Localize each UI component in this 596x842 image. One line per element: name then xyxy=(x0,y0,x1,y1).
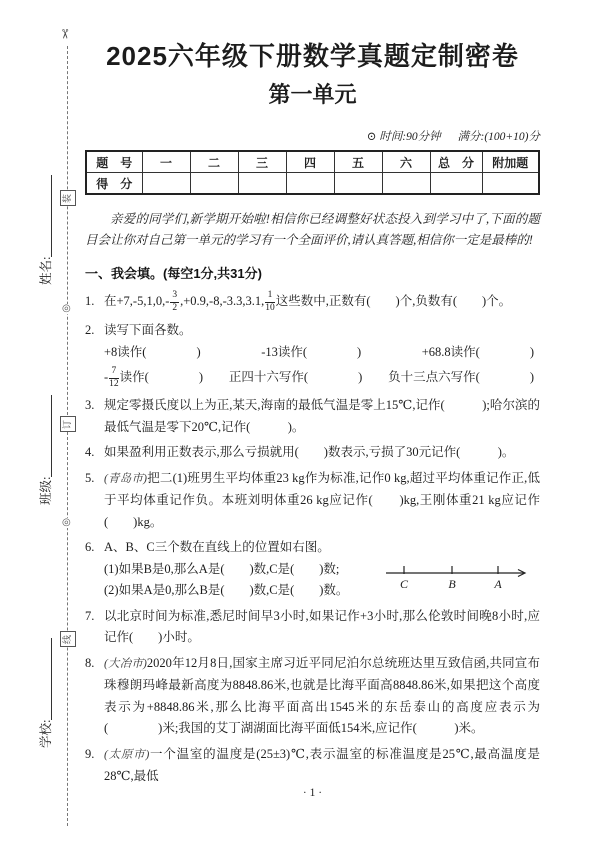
question-number: 3. xyxy=(85,395,94,417)
question-number: 4. xyxy=(85,442,94,464)
score-header-cell: 附加题 xyxy=(482,151,539,173)
score-table-header-row: 题 号 一 二 三 四 五 六 总 分 附加题 xyxy=(86,151,539,173)
question-number: 1. xyxy=(85,286,94,316)
question-text: 一个温室的温度是(25±3)℃,表示温室的标准温度是25℃,最高温度是28℃,最… xyxy=(104,747,540,784)
class-label: 班级: xyxy=(36,477,54,505)
score-cell xyxy=(482,173,539,195)
score-cell xyxy=(430,173,482,195)
number-line-diagram: C B A xyxy=(384,561,534,597)
blank-item: 正四十六写作( ) xyxy=(229,363,362,391)
binding-mark-label: 线 xyxy=(63,634,72,643)
page-number: · 1 · xyxy=(85,787,540,799)
score-table: 题 号 一 二 三 四 五 六 总 分 附加题 得 分 xyxy=(85,150,540,195)
student-class-field: 班级: xyxy=(35,345,55,505)
score-cell xyxy=(334,173,382,195)
binding-mark-ding: 订 xyxy=(60,416,76,432)
binding-mark-label: 订 xyxy=(63,419,72,428)
question-text: A、B、C三个数在直线上的位置如右图。 xyxy=(104,537,540,559)
scissors-icon: ✂ xyxy=(56,29,72,40)
question-1: 1. 在+7,-5,1,0,-32,+0.9,-8,-3.3,3.1,110这些… xyxy=(85,286,540,316)
score-cell xyxy=(382,173,430,195)
fraction-denominator: 10 xyxy=(265,303,275,314)
page-subtitle: 第一单元 xyxy=(85,82,540,108)
school-label: 学校: xyxy=(36,720,54,748)
score-header-cell: 二 xyxy=(190,151,238,173)
student-name-field: 姓名: xyxy=(35,125,55,285)
blank-item: +68.8读作( ) xyxy=(422,342,534,364)
exam-meta: ⊙ 时间:90分钟 满分:(100+10)分 xyxy=(85,128,540,144)
question-3: 3. 规定零摄氏度以上为正,某天,海南的最低气温是零上15℃,记作( );哈尔滨… xyxy=(85,395,540,438)
question-2-row-2: -712读作( ) 正四十六写作( ) 负十三点六写作( ) xyxy=(104,363,540,391)
question-4: 4. 如果盈利用正数表示,那么亏损就用( )数表示,亏损了30元记作( )。 xyxy=(85,442,540,464)
question-6: 6. A、B、C三个数在直线上的位置如右图。 (1)如果B是0,那么A是( )数… xyxy=(85,537,540,602)
school-blank-line xyxy=(39,638,52,720)
question-2-row-1: +8读作( ) -13读作( ) +68.8读作( ) xyxy=(104,342,540,364)
question-2: 2. 读写下面各数。 +8读作( ) -13读作( ) +68.8读作( ) -… xyxy=(85,320,540,391)
time-limit: 时间:90分钟 xyxy=(379,131,440,143)
source-tag: (大冶市) xyxy=(104,658,147,670)
blank-item: -13读作( ) xyxy=(261,342,361,364)
binding-circle-icon: ◎ xyxy=(62,518,71,528)
question-text: ,+0.9,-8,-3.3,3.1, xyxy=(180,294,264,308)
binding-mark-xian: 线 xyxy=(60,631,76,647)
exam-content: 2025六年级下册数学真题定制密卷 第一单元 ⊙ 时间:90分钟 满分:(100… xyxy=(85,40,540,788)
fraction: 712 xyxy=(109,367,119,390)
section-1-heading: 一、我会填。(每空1分,共31分) xyxy=(85,263,540,282)
binding-circle-icon: ◎ xyxy=(62,304,71,314)
blank-item: -712读作( ) xyxy=(104,363,203,391)
page-title: 2025六年级下册数学真题定制密卷 xyxy=(85,40,540,72)
score-header-cell: 三 xyxy=(238,151,286,173)
fraction: 110 xyxy=(265,291,275,314)
score-header-cell: 总 分 xyxy=(430,151,482,173)
numberline-label-c: C xyxy=(400,577,409,591)
score-header-cell: 五 xyxy=(334,151,382,173)
minus-sign: - xyxy=(104,370,108,384)
fraction-denominator: 2 xyxy=(170,303,179,314)
source-tag: (青岛市) xyxy=(104,473,147,485)
question-7: 7. 以北京时间为标准,悉尼时间早3小时,如果记作+3小时,那么伦敦时间晚8小时… xyxy=(85,606,540,649)
question-text: 把二(1)班男生平均体重23 kg作为标准,记作0 kg,超过平均体重记作正,低… xyxy=(104,471,540,529)
question-text: 以北京时间为标准,悉尼时间早3小时,如果记作+3小时,那么伦敦时间晚8小时,应记… xyxy=(104,609,540,645)
source-tag: (太原市) xyxy=(104,749,149,761)
question-number: 6. xyxy=(85,537,94,559)
sub-question-2: (2)如果A是0,那么B是( )数,C是( )数。 xyxy=(104,580,409,602)
name-label: 姓名: xyxy=(36,257,54,285)
blank-item: 负十三点六写作( ) xyxy=(388,363,534,391)
score-cell xyxy=(142,173,190,195)
fraction-numerator: 1 xyxy=(265,291,275,303)
fraction-numerator: 3 xyxy=(170,291,179,303)
numberline-label-a: A xyxy=(493,577,502,591)
binding-mark-label: 装 xyxy=(63,193,72,202)
student-school-field: 学校: xyxy=(35,588,55,748)
class-blank-line xyxy=(39,395,52,477)
question-text: 在+7,-5,1,0,- xyxy=(104,294,169,308)
score-cell xyxy=(286,173,334,195)
score-table-score-row: 得 分 xyxy=(86,173,539,195)
binding-dashed-line xyxy=(67,46,68,826)
full-score: 满分:(100+10)分 xyxy=(458,131,541,143)
question-5: 5. (青岛市)把二(1)班男生平均体重23 kg作为标准,记作0 kg,超过平… xyxy=(85,468,540,534)
question-number: 5. xyxy=(85,468,94,490)
binding-mark-zhuang: 装 xyxy=(60,190,76,206)
sub-question-1: (1)如果B是0,那么A是( )数,C是( )数; xyxy=(104,559,409,581)
question-text: 2020年12月8日,国家主席习近平同尼泊尔总统班达里互致信函,共同宣布珠穆朗玛… xyxy=(104,656,540,736)
question-number: 2. xyxy=(85,320,94,342)
score-header-cell: 一 xyxy=(142,151,190,173)
blank-item-text: 读作( ) xyxy=(120,370,203,384)
score-header-cell: 题 号 xyxy=(86,151,142,173)
question-number: 9. xyxy=(85,744,94,766)
question-text: 这些数中,正数有( )个,负数有( )个。 xyxy=(276,294,511,308)
intro-paragraph: 亲爱的同学们,新学期开始啦!相信你已经调整好状态投入到学习中了,下面的题目会让你… xyxy=(85,209,540,251)
fraction-numerator: 7 xyxy=(109,367,119,379)
numberline-label-b: B xyxy=(448,577,456,591)
time-icon: ⊙ xyxy=(367,131,377,143)
exam-paper-page: ✂ 装 ◎ 订 ◎ 线 姓名: 班级: 学校: 2025六年级下册数学真题定制密… xyxy=(0,0,596,842)
name-blank-line xyxy=(39,175,52,257)
fraction: 32 xyxy=(170,291,179,314)
score-cell xyxy=(190,173,238,195)
fraction-denominator: 12 xyxy=(109,379,119,390)
blank-item: +8读作( ) xyxy=(104,342,201,364)
score-header-cell: 四 xyxy=(286,151,334,173)
score-row-label: 得 分 xyxy=(86,173,142,195)
question-text: 读写下面各数。 xyxy=(104,320,540,342)
score-cell xyxy=(238,173,286,195)
score-header-cell: 六 xyxy=(382,151,430,173)
question-8: 8. (大冶市)2020年12月8日,国家主席习近平同尼泊尔总统班达里互致信函,… xyxy=(85,653,540,740)
question-9: 9. (太原市)一个温室的温度是(25±3)℃,表示温室的标准温度是25℃,最高… xyxy=(85,744,540,788)
question-text: 规定零摄氏度以上为正,某天,海南的最低气温是零上15℃,记作( );哈尔滨的最低… xyxy=(104,398,540,434)
question-number: 7. xyxy=(85,606,94,628)
question-number: 8. xyxy=(85,653,94,675)
question-text: 如果盈利用正数表示,那么亏损就用( )数表示,亏损了30元记作( )。 xyxy=(104,445,514,459)
